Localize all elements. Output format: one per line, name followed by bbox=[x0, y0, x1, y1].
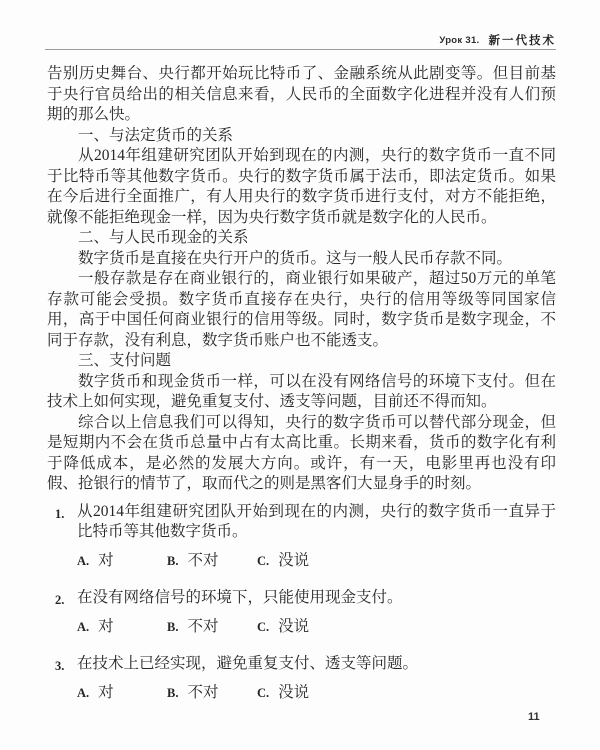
paragraph: 数字货币是直接在央行开户的货币。这与一般人民币存款不同。 bbox=[47, 249, 556, 270]
question-item-3: 3. 在技术上已经实现，避免重复支付、透支等问题。 A.对 B.不对 C.没说 bbox=[47, 654, 556, 703]
question-text: 在技术上已经实现，避免重复支付、透支等问题。 bbox=[77, 654, 556, 675]
option-b: B.不对 bbox=[167, 551, 257, 572]
option-b: B.不对 bbox=[167, 617, 257, 638]
section-heading-2: 二、与人民币现金的关系 bbox=[47, 228, 556, 249]
section-heading-1: 一、与法定货币的关系 bbox=[47, 126, 556, 147]
option-c: C.没说 bbox=[257, 617, 309, 638]
option-a: A.对 bbox=[77, 683, 167, 704]
document-page: Урок 31.新一代技术 告别历史舞台、央行都开始玩比特币了、金融系统从此剧变… bbox=[0, 0, 600, 750]
question-item-2: 2. 在没有网络信号的环境下，只能使用现金支付。 A.对 B.不对 C.没说 bbox=[47, 588, 556, 637]
question-number: 1. bbox=[47, 502, 77, 572]
question-number: 2. bbox=[47, 588, 77, 637]
paragraph: 一般存款是存在商业银行的，商业银行如果破产，超过50万元的单笔存款可能会受损。数… bbox=[47, 269, 556, 351]
option-text: 对 bbox=[98, 618, 114, 635]
question-options: A.对 B.不对 C.没说 bbox=[77, 683, 556, 704]
question-body: 在没有网络信号的环境下，只能使用现金支付。 A.对 B.不对 C.没说 bbox=[77, 588, 556, 637]
option-a: A.对 bbox=[77, 551, 167, 572]
option-c: C.没说 bbox=[257, 683, 309, 704]
paragraph: 从2014年组建研究团队开始到现在的内测，央行的数字货币一直不同于比特币等其他数… bbox=[47, 146, 556, 228]
question-options: A.对 B.不对 C.没说 bbox=[77, 551, 556, 572]
option-text: 没说 bbox=[278, 684, 309, 701]
option-b: B.不对 bbox=[167, 683, 257, 704]
option-label: B. bbox=[167, 686, 178, 700]
option-text: 没说 bbox=[278, 618, 309, 635]
option-text: 不对 bbox=[187, 618, 218, 635]
question-text: 在没有网络信号的环境下，只能使用现金支付。 bbox=[77, 588, 556, 609]
option-label: B. bbox=[167, 620, 178, 634]
option-label: C. bbox=[257, 620, 269, 634]
paragraph-continuation: 告别历史舞台、央行都开始玩比特币了、金融系统从此剧变等。但目前基于央行官员给出的… bbox=[47, 64, 556, 126]
option-text: 没说 bbox=[278, 552, 309, 569]
question-number: 3. bbox=[47, 654, 77, 703]
option-text: 不对 bbox=[187, 684, 218, 701]
option-c: C.没说 bbox=[257, 551, 309, 572]
option-label: C. bbox=[257, 554, 269, 568]
option-label: B. bbox=[167, 554, 178, 568]
page-number: 11 bbox=[528, 711, 540, 723]
lesson-number-label: Урок 31. bbox=[439, 35, 479, 46]
header-divider bbox=[45, 49, 556, 50]
question-item-1: 1. 从2014年组建研究团队开始到现在的内测，央行的数字货币一直异于比特币等其… bbox=[47, 502, 556, 572]
option-text: 对 bbox=[98, 552, 114, 569]
option-a: A.对 bbox=[77, 617, 167, 638]
page-header: Урок 31.新一代技术 bbox=[45, 31, 556, 49]
question-body: 在技术上已经实现，避免重复支付、透支等问题。 A.对 B.不对 C.没说 bbox=[77, 654, 556, 703]
main-text-column: 告别历史舞台、央行都开始玩比特币了、金融系统从此剧变等。但目前基于央行官员给出的… bbox=[47, 64, 556, 703]
paragraph: 综合以上信息我们可以得知，央行的数字货币可以替代部分现金，但是短期内不会在货币总… bbox=[47, 413, 556, 495]
option-label: A. bbox=[77, 686, 89, 700]
option-label: A. bbox=[77, 620, 89, 634]
option-label: C. bbox=[257, 686, 269, 700]
question-text: 从2014年组建研究团队开始到现在的内测，央行的数字货币一直异于比特币等其他数字… bbox=[77, 502, 556, 543]
question-options: A.对 B.不对 C.没说 bbox=[77, 617, 556, 638]
chapter-title: 新一代技术 bbox=[489, 35, 557, 47]
option-label: A. bbox=[77, 554, 89, 568]
question-body: 从2014年组建研究团队开始到现在的内测，央行的数字货币一直异于比特币等其他数字… bbox=[77, 502, 556, 572]
paragraph: 数字货币和现金货币一样，可以在没有网络信号的环境下支付。但在技术上如何实现，避免… bbox=[47, 372, 556, 413]
option-text: 不对 bbox=[187, 552, 218, 569]
section-heading-3: 三、支付问题 bbox=[47, 351, 556, 372]
option-text: 对 bbox=[98, 684, 114, 701]
question-list: 1. 从2014年组建研究团队开始到现在的内测，央行的数字货币一直异于比特币等其… bbox=[47, 502, 556, 704]
